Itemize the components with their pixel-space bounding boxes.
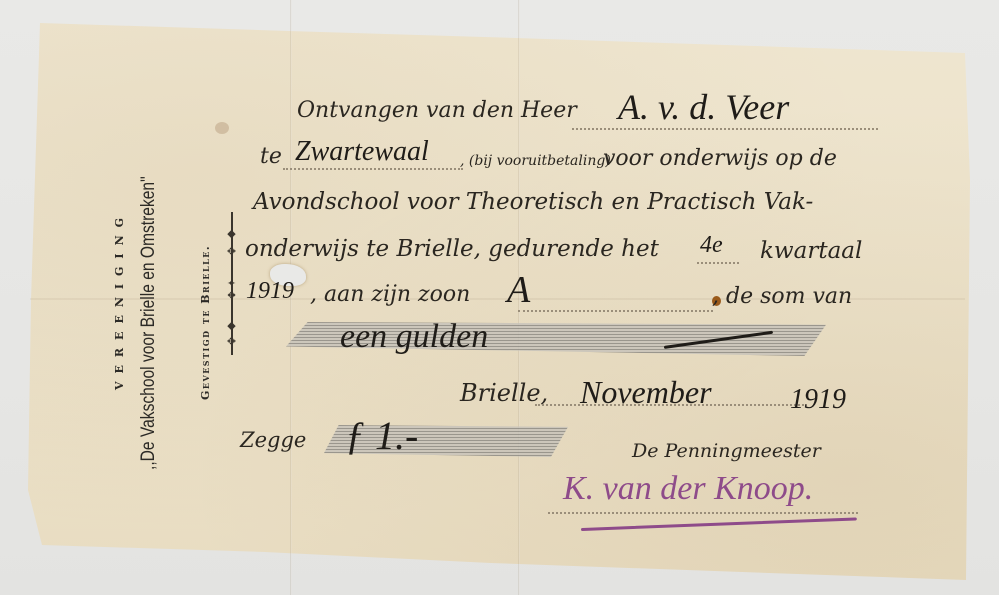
printed-education-brielle: onderwijs te Brielle, gedurende het [245, 236, 659, 262]
fill-in-dots [572, 128, 878, 130]
year-written: 1919 [246, 278, 294, 305]
printed-received-from: Ontvangen van den Heer [297, 98, 577, 123]
fill-in-dots [548, 512, 858, 514]
printed-treasurer-label: De Penningmeester [632, 440, 821, 462]
ornament-icon: ❖ [226, 290, 237, 301]
ornament-icon: ✦ [226, 278, 237, 289]
fill-in-dots [697, 262, 739, 264]
printed-quarter: kwartaal [760, 238, 862, 264]
stain [215, 122, 229, 134]
payer-place: Zwartewaal [295, 136, 429, 168]
son-initial: A [507, 268, 530, 312]
amount-in-words: een gulden [340, 318, 488, 356]
association-seat: Gevestigd te Brielle. [199, 245, 212, 400]
printed-for-education: voor onderwijs op de [603, 146, 837, 171]
printed-total-label: Zegge [240, 428, 306, 452]
printed-prepayment-note: , (bij vooruitbetaling) [460, 153, 611, 169]
ornament-icon: ◆ [226, 228, 237, 239]
printed-school-name: Avondschool voor Theoretisch en Practisc… [253, 189, 813, 215]
fill-in-dots [518, 310, 713, 312]
quarter-number: 4e [700, 232, 723, 259]
date-month: November [580, 374, 712, 411]
printed-place: Brielle, [460, 379, 548, 407]
printed-te: te [260, 144, 282, 169]
ornament-icon: ✥ [226, 246, 237, 257]
printed-to-his-son: , aan zijn zoon [310, 282, 470, 307]
association-name: ,,De Vakschool voor Brielle en Omstreken… [138, 176, 160, 470]
association-label: VEREENIGING [113, 210, 126, 390]
ornament-icon: ◆ [226, 320, 237, 331]
ornament-icon: ✥ [226, 336, 237, 347]
payer-name: A. v. d. Veer [618, 86, 789, 128]
total-amount: ƒ 1.- [345, 412, 418, 459]
treasurer-signature: K. van der Knoop. [563, 470, 813, 508]
printed-the-sum-of: , de som van [712, 284, 852, 309]
fill-in-dots [283, 168, 463, 170]
date-year: 1919 [790, 384, 846, 416]
